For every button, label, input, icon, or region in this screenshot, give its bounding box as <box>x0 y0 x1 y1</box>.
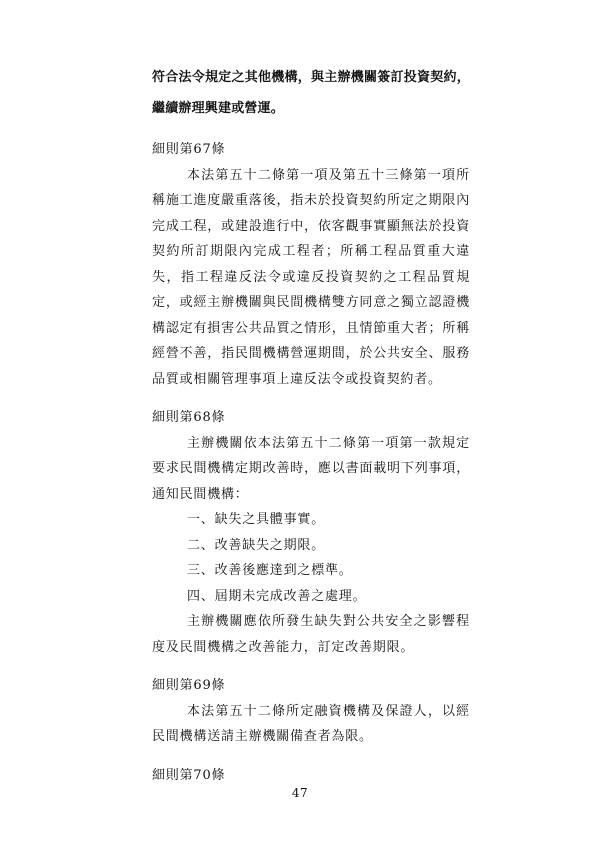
text-column: 符合法令規定之其他機構，與主辦機關簽訂投資契約，繼續辦理興建或營運。 細則第67… <box>152 62 470 788</box>
page-number: 47 <box>0 786 600 800</box>
list-item-4: 四、屆期未完成改善之處理。 <box>187 584 470 610</box>
article-67-body: 本法第五十二條第一項及第五十三條第一項所稱施工進度嚴重落後，指未於投資契約所定之… <box>152 163 470 393</box>
article-69-body: 本法第五十二條所定融資機構及保證人，以經民間機構送請主辦機關備查者為限。 <box>152 699 470 750</box>
article-68-item-list: 一、缺失之具體事實。 二、改善缺失之期限。 三、改善後應達到之標準。 四、屆期未… <box>152 507 470 609</box>
list-item-1: 一、缺失之具體事實。 <box>187 507 470 533</box>
article-68-intro-paragraph: 主辦機關依本法第五十二條第一項第一款規定要求民間機構定期改善時，應以書面載明下列… <box>152 431 470 508</box>
article-67-heading: 細則第67條 <box>152 137 470 163</box>
list-item-3: 三、改善後應達到之標準。 <box>187 558 470 584</box>
section-article-69: 細則第69條 本法第五十二條所定融資機構及保證人，以經民間機構送請主辦機關備查者… <box>152 673 470 750</box>
section-article-70: 細則第70條 <box>152 763 470 789</box>
article-69-heading: 細則第69條 <box>152 673 470 699</box>
intro-continuation-paragraph: 符合法令規定之其他機構，與主辦機關簽訂投資契約，繼續辦理興建或營運。 <box>152 62 470 124</box>
article-70-heading: 細則第70條 <box>152 763 470 789</box>
article-68-closing-paragraph: 主辦機關應依所發生缺失對公共安全之影響程度及民間機構之改善能力，訂定改善期限。 <box>152 609 470 660</box>
list-item-2: 二、改善缺失之期限。 <box>187 533 470 559</box>
section-article-68: 細則第68條 主辦機關依本法第五十二條第一項第一款規定要求民間機構定期改善時，應… <box>152 405 470 660</box>
article-68-heading: 細則第68條 <box>152 405 470 431</box>
document-page: 符合法令規定之其他機構，與主辦機關簽訂投資契約，繼續辦理興建或營運。 細則第67… <box>0 0 600 848</box>
section-article-67: 細則第67條 本法第五十二條第一項及第五十三條第一項所稱施工進度嚴重落後，指未於… <box>152 137 470 392</box>
